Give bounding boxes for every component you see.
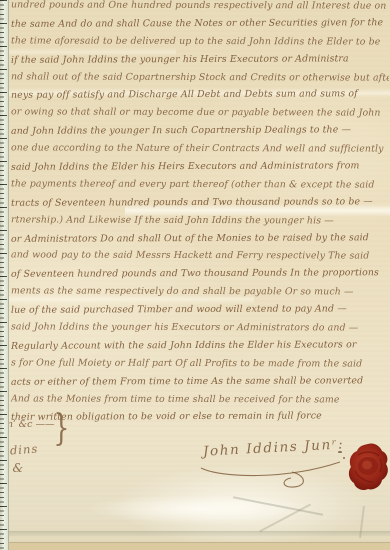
- manuscript-line: and John Iddins the younger In such Copa…: [11, 121, 389, 141]
- manuscript-line: or Administrators Do and shall Out of th…: [11, 229, 389, 249]
- manuscript-page: undred pounds and One hundred pounds res…: [0, 0, 390, 550]
- manuscript-line: said John Iddins the Elder his Heirs Exe…: [11, 157, 389, 177]
- manuscript-line: of Seventeen hundred pounds and Two thou…: [11, 265, 389, 285]
- manuscript-line: said John Iddins the younger his Executo…: [11, 318, 389, 337]
- manuscript-line: s for One full Moiety or Half part Of al…: [11, 354, 389, 373]
- manuscript-line: the same And do and shall Cause the Note…: [11, 14, 389, 34]
- manuscript-line: the time aforesaid to be delivered up to…: [11, 32, 389, 51]
- manuscript-line: undred pounds and One hundred pounds res…: [11, 0, 389, 15]
- manuscript-line: or owing so that shall or may become due…: [11, 104, 389, 123]
- manuscript-line: the payments thereof and every part ther…: [11, 175, 389, 194]
- manuscript-line: lue of the said purchased Timber and woo…: [11, 300, 389, 320]
- manuscript-text: undred pounds and One hundred pounds res…: [11, 0, 389, 426]
- paper-wrinkle: [359, 506, 365, 538]
- ink-speck: [343, 457, 345, 459]
- manuscript-line: neys pay off satisfy and Discharge All D…: [11, 86, 389, 106]
- signature-flourish: [196, 458, 346, 490]
- manuscript-line: one due according to the Nature of their…: [11, 140, 389, 159]
- marginal-brace: }: [53, 408, 69, 449]
- fold-shadow: [0, 531, 390, 536]
- manuscript-line: Regularly Account with the said John Idd…: [11, 336, 389, 356]
- wax-seal-icon: [346, 441, 390, 493]
- manuscript-line: if the said John Iddins the younger his …: [11, 50, 389, 70]
- marginal-note-etc: mʹ &c ——: [4, 419, 54, 430]
- measuring-ruler: [0, 0, 9, 550]
- manuscript-line: nd shall out of the said Copartnership S…: [11, 68, 389, 87]
- ink-speck: [338, 451, 342, 453]
- paper-wrinkle: [259, 504, 311, 533]
- bottom-edge-strip: [0, 542, 390, 550]
- manuscript-line: and wood pay to the said Messrs Hackett …: [11, 247, 389, 266]
- manuscript-line: acts or either of them From time to time…: [11, 372, 389, 392]
- manuscript-line: ments as the same respectively do and sh…: [11, 283, 389, 302]
- paper-wrinkle: [233, 496, 324, 516]
- manuscript-line: And as the Monies from time to time shal…: [11, 390, 389, 409]
- manuscript-line: tracts of Seventeen hundred pounds and T…: [11, 193, 389, 213]
- manuscript-line: rtnership.) And Likewise If the said Joh…: [11, 211, 389, 230]
- paper-crease: [85, 494, 315, 524]
- signature-text: John Iddins Junʳ:: [203, 436, 345, 459]
